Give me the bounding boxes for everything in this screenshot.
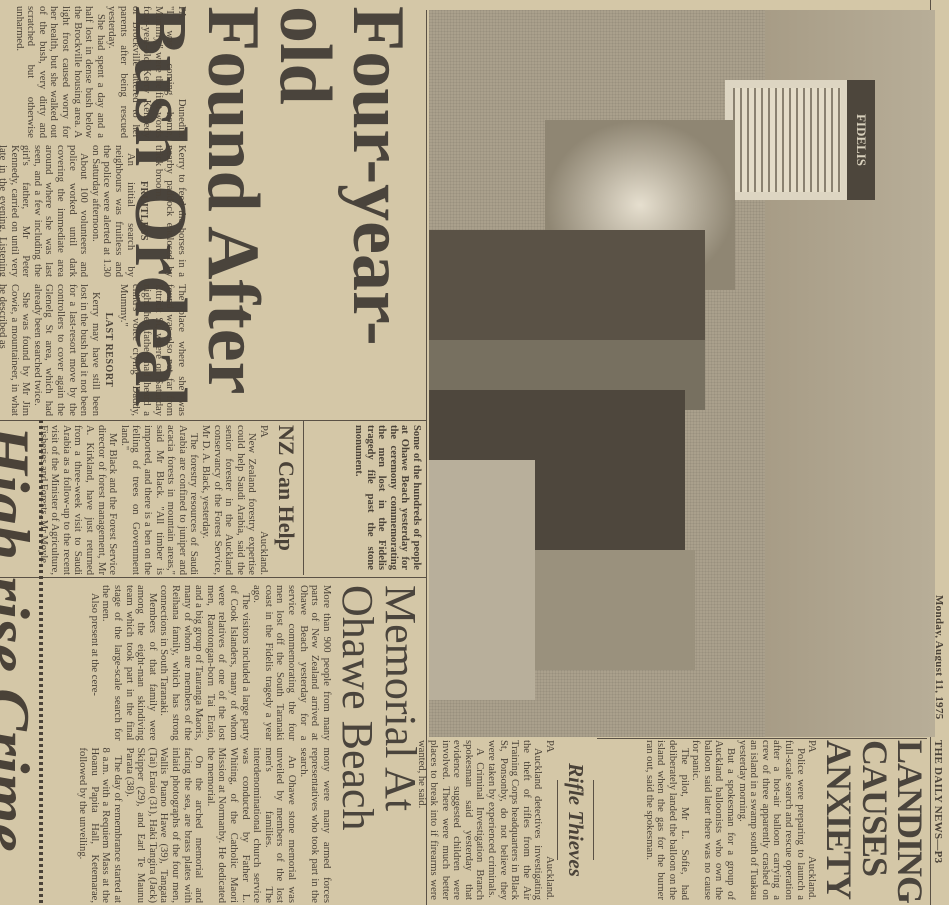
nzhelp-headline: NZ Can Help [273,425,299,575]
highrise-headline: High rise Crime [0,425,39,905]
memorial-headline: Memorial At Ohawe Beach [336,585,422,903]
newspaper-page: THE DAILY NEWS—P3 Monday, August 11, 197… [0,0,949,905]
kerry-col-1: PADunedin. "I was coming home, Mummy," w… [0,6,187,138]
rifle-headline: Rifle Thieves [563,740,588,900]
memorial-col-2: mony were many armed forces representati… [77,748,332,904]
article-landing: LANDING CAUSES ANXIETY PAAuckland. Polic… [643,740,927,900]
plaque-label: FIDELIS [847,80,875,200]
checker-border [39,420,43,905]
kerry-col-3: The place where she was found was also n… [0,284,187,416]
landing-headline: LANDING CAUSES ANXIETY [821,740,927,900]
photo-caption: Some of the hundreds of people at Ohawe … [352,425,422,570]
article-memorial: Memorial At Ohawe Beach More than 900 pe… [77,585,422,903]
article-nz-can-help: NZ Can Help PAAuckland. New Zealand fore… [37,425,299,575]
memorial-col-1: More than 900 people from many parts of … [77,585,332,741]
memorial-photo: FIDELIS [429,10,935,737]
page-folio: THE DAILY NEWS—P3 [932,740,944,863]
plaque: FIDELIS [725,80,875,200]
person-left [429,230,705,350]
kerry-col-2: Kerry to feed the horses in a nearby pad… [0,145,187,277]
article-kerry: PADunedin. "I was coming home, Mummy," w… [0,6,187,416]
article-rifle-thieves: Rifle Thieves PAAuckland. Auckland detec… [416,740,594,900]
